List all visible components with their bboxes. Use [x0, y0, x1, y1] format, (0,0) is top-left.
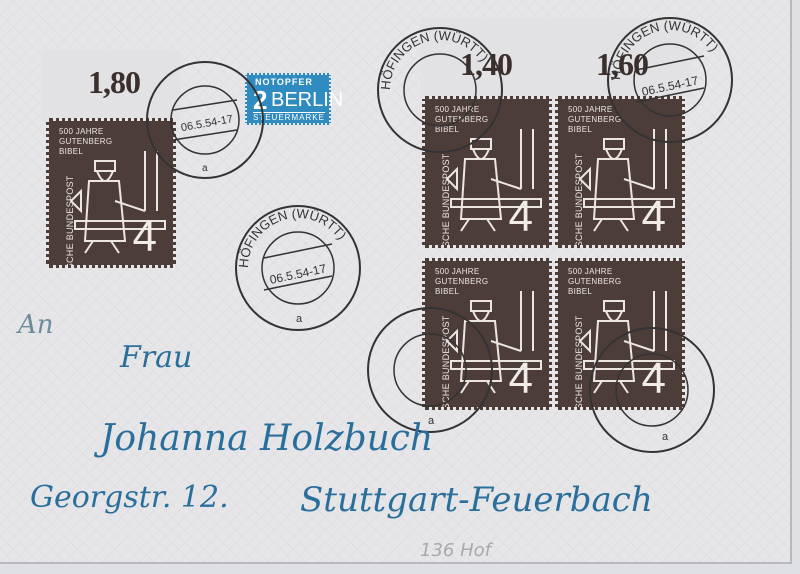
stamp-denomination: 4: [509, 357, 533, 401]
berlin-value: 2: [253, 87, 267, 113]
gutenberg-figure-icon: [65, 141, 175, 261]
gutenberg-figure-icon: [574, 119, 684, 239]
stamp-denomination: 4: [642, 357, 666, 401]
address-line-1: An: [18, 310, 54, 340]
svg-text:06.5.54-17: 06.5.54-17: [180, 113, 234, 134]
selvage-value: 1,60: [596, 46, 648, 83]
address-line-3: Johanna Holzbuch: [100, 418, 433, 459]
svg-text:HÖFINGEN (WÜRTT): HÖFINGEN (WÜRTT): [236, 206, 350, 269]
envelope: 1,80 500 JAHREGUTENBERGBIBEL DEUTSCHE BU…: [0, 0, 792, 564]
address-line-5: Georgstr. 12.: [30, 480, 229, 515]
stamp-gutenberg-block-br: 500 JAHREGUTENBERGBIBEL DEUTSCHE BUNDESP…: [555, 258, 685, 410]
berlin-word: BERLIN: [271, 89, 343, 111]
svg-text:06.5.54-17: 06.5.54-17: [268, 261, 327, 287]
address-line-2: Frau: [120, 340, 192, 375]
pencil-note: 136 Hof: [420, 540, 491, 561]
postmark: HÖFINGEN (WÜRTT) 06.5.54-17 a: [228, 198, 368, 338]
selvage-value: 1,80: [88, 64, 140, 101]
stamp-gutenberg-block-tr: 500 JAHREGUTENBERGBIBEL DEUTSCHE BUNDESP…: [555, 96, 685, 248]
stamp-denomination: 4: [509, 195, 533, 239]
gutenberg-figure-icon: [441, 119, 551, 239]
address-line-4: Stuttgart-Feuerbach: [300, 480, 653, 520]
svg-text:a: a: [202, 163, 208, 174]
gutenberg-figure-icon: [441, 281, 551, 401]
svg-text:a: a: [296, 313, 303, 325]
svg-text:a: a: [662, 431, 669, 443]
gutenberg-figure-icon: [574, 281, 684, 401]
stamp-gutenberg-block-tl: 500 JAHREGUTENBERGBIBEL DEUTSCHE BUNDESP…: [422, 96, 552, 248]
stamp-denomination: 4: [133, 215, 157, 259]
selvage-value: 1,40: [460, 46, 512, 83]
stamp-notopfer-berlin: NOTOPFER 2 BERLIN STEUERMARKE: [245, 73, 331, 125]
stamp-gutenberg-block-bl: 500 JAHREGUTENBERGBIBEL DEUTSCHE BUNDESP…: [422, 258, 552, 410]
stamp-denomination: 4: [642, 195, 666, 239]
berlin-bottom: STEUERMARKE: [253, 112, 325, 122]
stamp-gutenberg-single: 500 JAHREGUTENBERGBIBEL DEUTSCHE BUNDESP…: [46, 118, 176, 268]
